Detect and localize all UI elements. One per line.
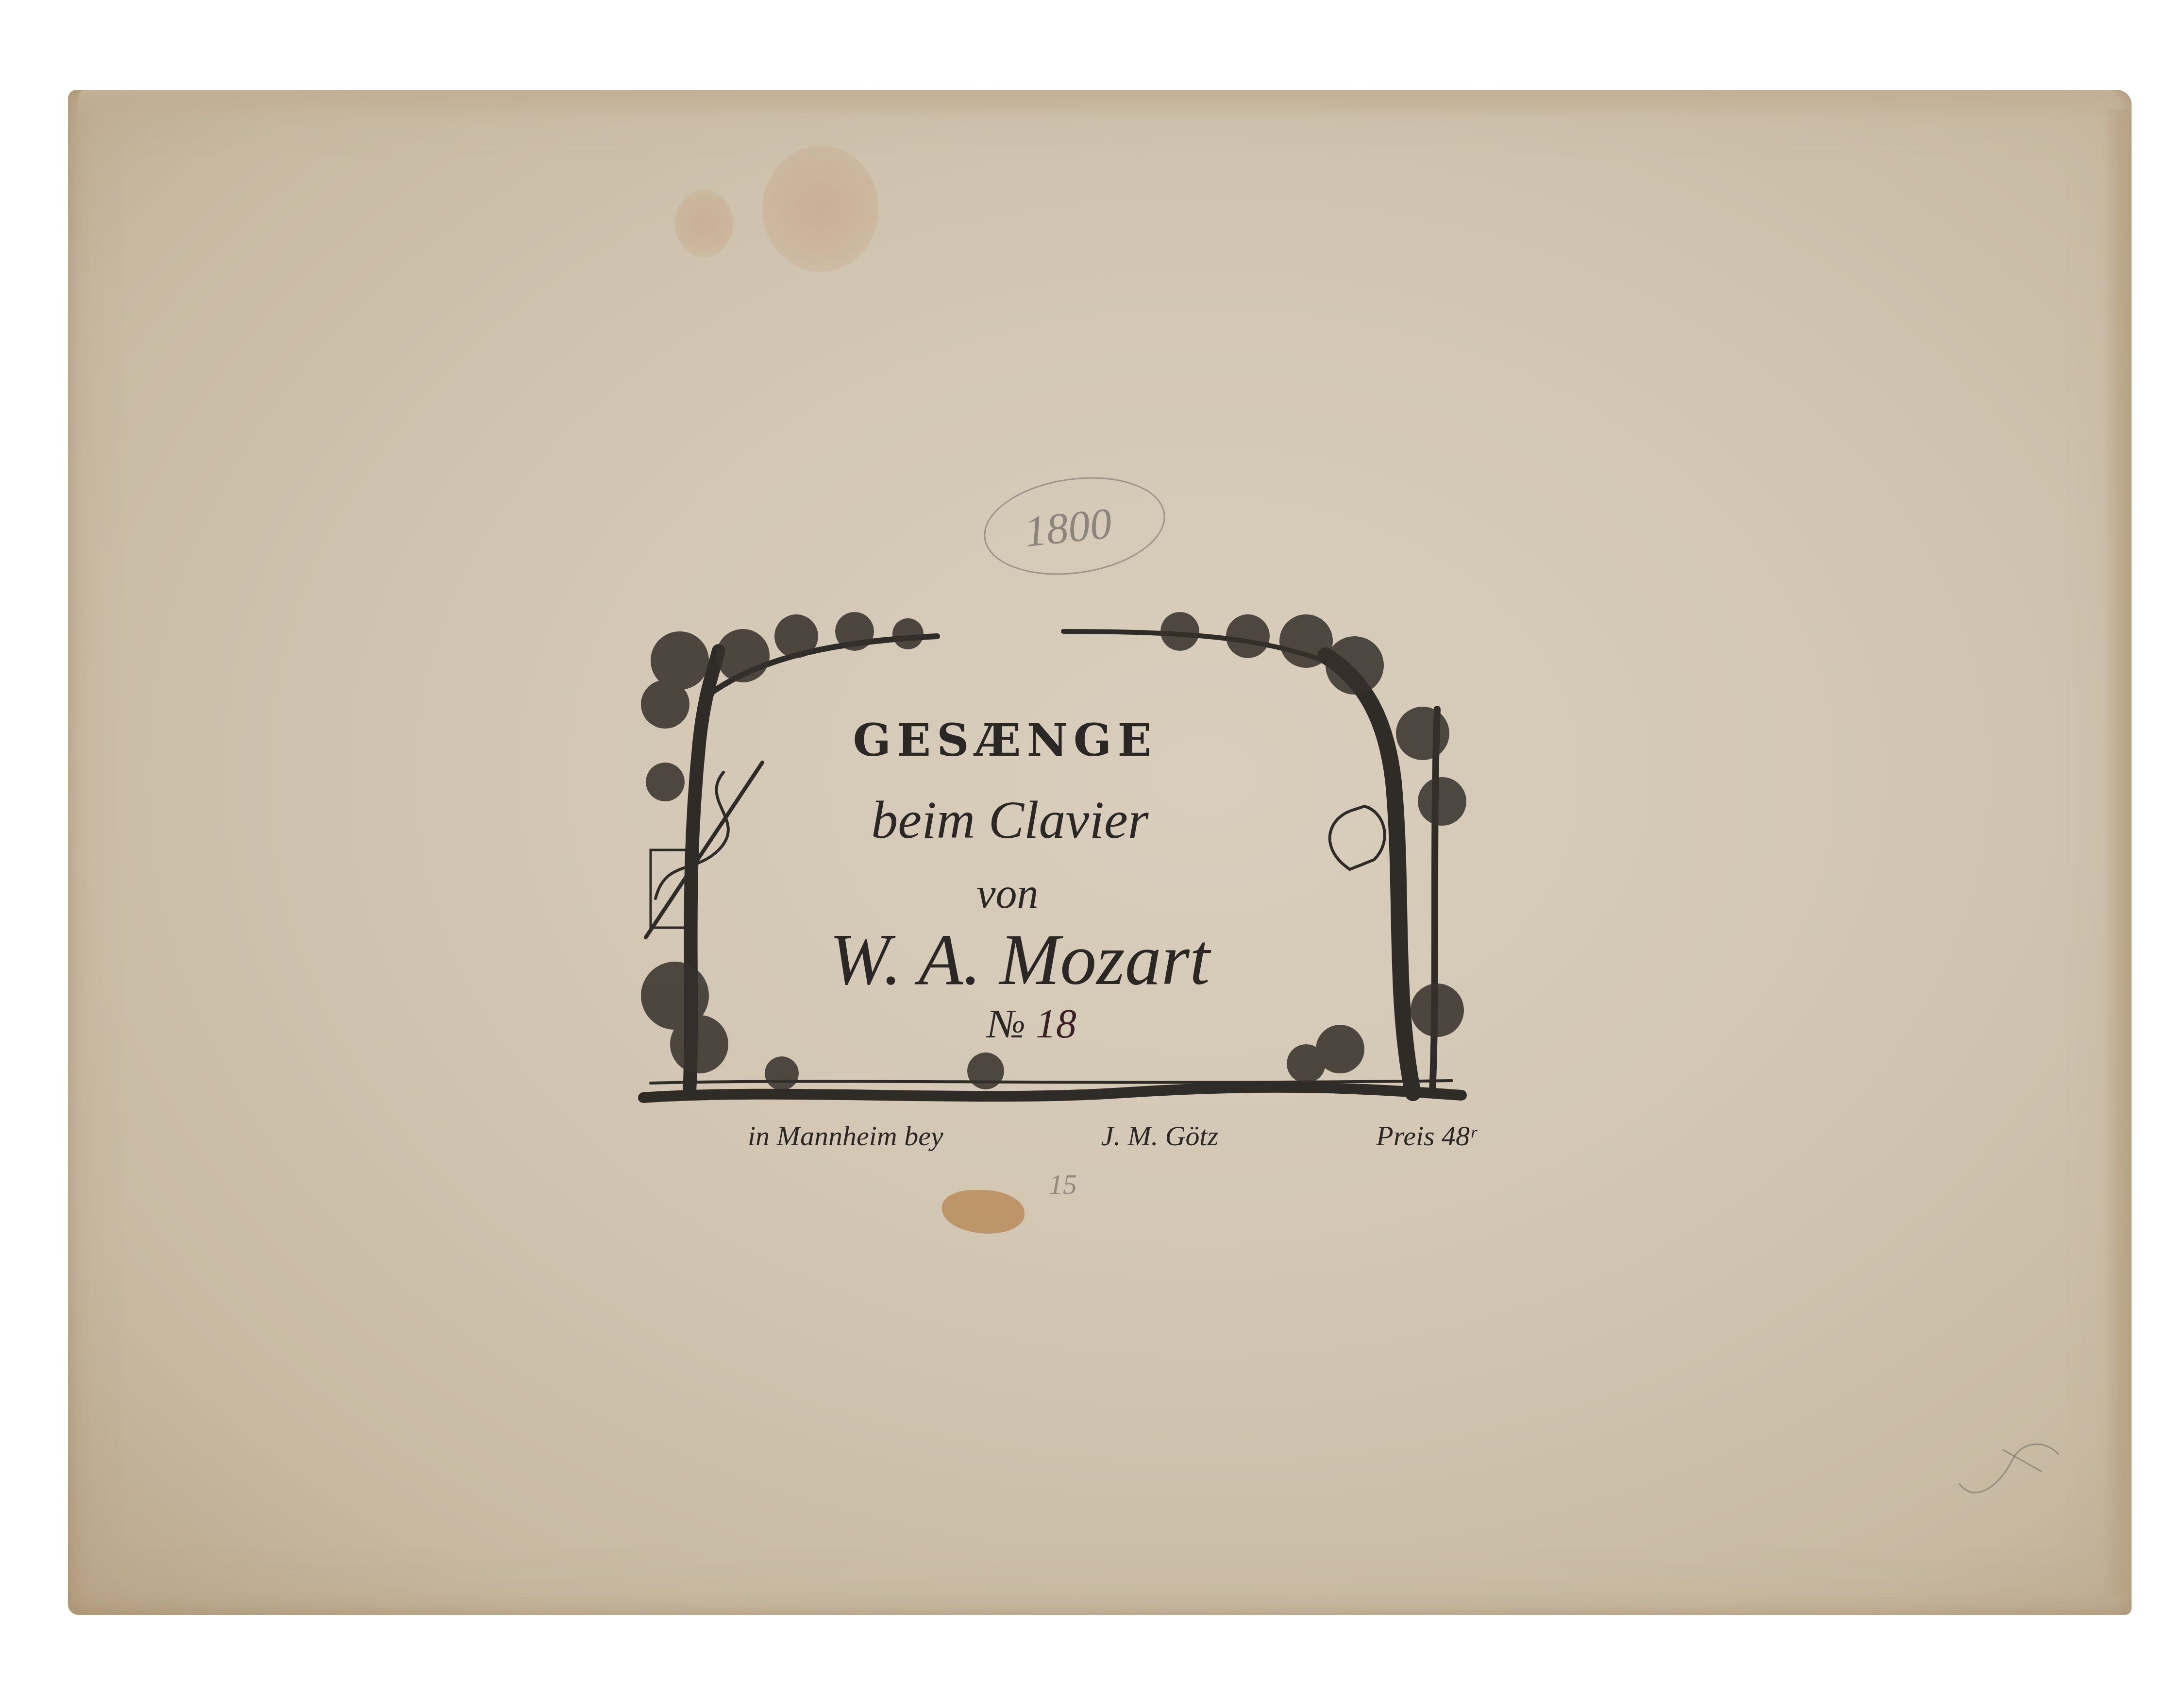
foxing-stain-large: [762, 146, 879, 272]
byline-prefix: von: [636, 869, 1481, 918]
number-value: 18: [1036, 1001, 1076, 1047]
engraved-vignette: GESÆNGE beim Clavier von W. A. Mozart № …: [636, 597, 1481, 1122]
paper-edge-right: [2102, 109, 2132, 1595]
foxing-stain-small: [675, 189, 733, 257]
imprint-price: Preis 48ʳ: [1376, 1120, 1476, 1152]
title-subtitle: beim Clavier: [636, 789, 1481, 851]
imprint-line: in Mannheim bey J. M. Götz Preis 48ʳ: [748, 1120, 1476, 1152]
author-name: W. A. Mozart: [636, 918, 1481, 1001]
title-main: GESÆNGE: [636, 714, 1481, 766]
opus-number: № 18: [636, 1001, 1481, 1048]
number-label: №: [987, 1001, 1025, 1047]
paper-edge-top: [78, 90, 2122, 119]
pencil-year: 1800: [1022, 498, 1114, 557]
imprint-publisher: J. M. Götz: [1101, 1120, 1219, 1152]
imprint-place: in Mannheim bey: [748, 1120, 943, 1152]
pencil-number: 15: [1049, 1168, 1077, 1201]
pencil-scribble-icon: [1954, 1435, 2071, 1503]
